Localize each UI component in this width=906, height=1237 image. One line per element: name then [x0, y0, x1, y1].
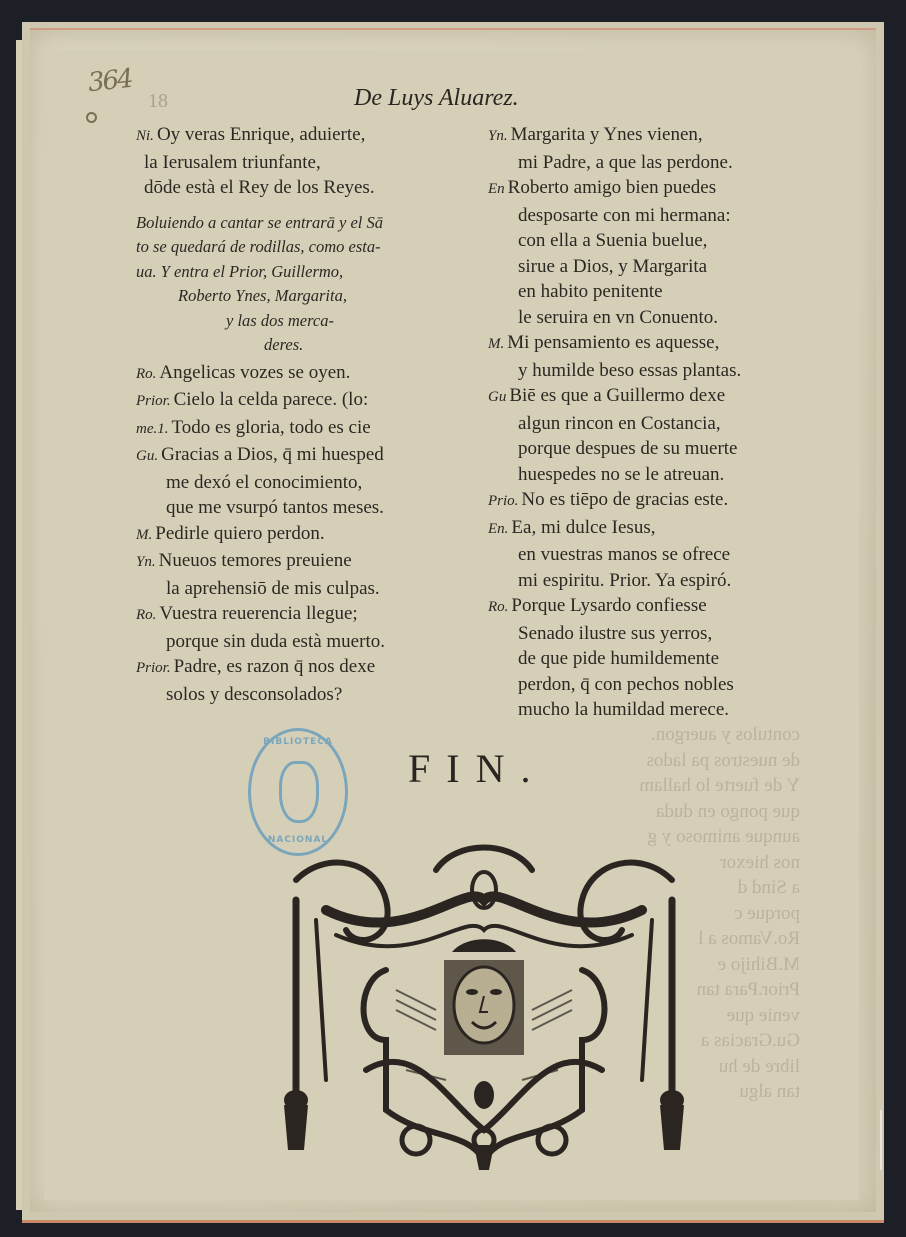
verse-line: la Ierusalem triunfante,	[136, 150, 486, 176]
verse-line: Prior.Cielo la celda parece. (lo:	[136, 387, 486, 415]
verse-text: y humilde beso essas plantas.	[518, 360, 741, 381]
ghost-page-number: 18	[148, 90, 168, 113]
verse-text: porque despues de su muerte	[518, 438, 738, 459]
speaker-label: Prior.	[136, 660, 171, 676]
verse-text: sirue a Dios, y Margarita	[518, 256, 707, 277]
stage-direction-line: deres.	[136, 333, 486, 358]
verse-text: Oy veras Enrique, aduierte,	[157, 124, 365, 145]
verse-line: mi Padre, a que las perdone.	[488, 150, 818, 176]
verse-text: Biē es que a Guillermo dexe	[509, 385, 725, 406]
speaker-label: me.1.	[136, 421, 169, 437]
stage-direction-line: Boluiendo a cantar se entrarā y el Sā	[136, 211, 486, 236]
library-stamp: BIBLIOTECA NACIONAL	[248, 728, 348, 856]
verse-line: M.Pedirle quiero perdon.	[136, 521, 486, 549]
verse-line: algun rincon en Costancia,	[488, 411, 818, 437]
verse-text: con ella a Suenia buelue,	[518, 230, 707, 251]
verse-text: Padre, es razon q̄ nos dexe	[174, 656, 376, 677]
verse-line: le seruira en vn Conuento.	[488, 305, 818, 331]
verse-line: Senado ilustre sus yerros,	[488, 621, 818, 647]
verse-line: con ella a Suenia buelue,	[488, 228, 818, 254]
verse-text: Vuestra reuerencia llegue;	[159, 603, 357, 624]
verse-line: GuBiē es que a Guillermo dexe	[488, 383, 818, 411]
verse-text: algun rincon en Costancia,	[518, 413, 721, 434]
speaker-label: Gu.	[136, 448, 158, 464]
verse-text: porque sin duda està muerto.	[166, 631, 385, 652]
speaker-label: Gu	[488, 389, 506, 405]
verse-text: Gracias a Dios, q̄ mi huesped	[161, 444, 384, 465]
verse-line: Gu.Gracias a Dios, q̄ mi huesped	[136, 442, 486, 470]
page-crease	[880, 1110, 882, 1170]
speaker-label: Yn.	[488, 128, 508, 144]
verse-line: en vuestras manos se ofrece	[488, 542, 818, 568]
verse-line: de que pide humildemente	[488, 646, 818, 672]
verse-line: y humilde beso essas plantas.	[488, 358, 818, 384]
verse-line: me dexó el conocimiento,	[136, 470, 486, 496]
stamp-top-text: BIBLIOTECA	[251, 737, 345, 747]
verse-text: mi Padre, a que las perdone.	[518, 152, 733, 173]
verse-line: perdon, q̄ con pechos nobles	[488, 672, 818, 698]
speaker-label: Ro.	[488, 599, 508, 615]
verse-line: M.Mi pensamiento es aquesse,	[488, 330, 818, 358]
verse-text: la aprehensiō de mis culpas.	[166, 578, 380, 599]
speaker-label: Prior.	[136, 393, 171, 409]
verse-text: Nueuos temores preuiene	[159, 550, 352, 571]
verse-text: Margarita y Ynes vienen,	[511, 124, 703, 145]
stage-direction-line: Roberto Ynes, Margarita,	[136, 284, 486, 309]
speaker-label: En.	[488, 521, 508, 537]
running-head: De Luys Aluarez.	[354, 85, 519, 112]
verse-line: Prior.Padre, es razon q̄ nos dexe	[136, 654, 486, 682]
stage-direction: Boluiendo a cantar se entrarā y el Sāto …	[136, 211, 486, 358]
speaker-label: En	[488, 181, 505, 197]
verse-text: No es tiēpo de gracias este.	[521, 489, 728, 510]
verse-line: me.1.Todo es gloria, todo es cie	[136, 415, 486, 443]
verse-line: porque sin duda està muerto.	[136, 629, 486, 655]
verse-text: la Ierusalem triunfante,	[144, 152, 321, 173]
verse-text: de que pide humildemente	[518, 648, 719, 669]
stage-direction-line: to se quedará de rodillas, como esta-	[136, 235, 486, 260]
verse-line: Yn.Nueuos temores preuiene	[136, 548, 486, 576]
speaker-label: Prio.	[488, 493, 518, 509]
verse-text: mucho la humildad merece.	[518, 699, 729, 720]
verse-line: que me vsurpó tantos meses.	[136, 495, 486, 521]
verse-line: Yn.Margarita y Ynes vienen,	[488, 122, 818, 150]
verse-text: Mi pensamiento es aquesse,	[507, 332, 719, 353]
stage-direction-line: ua. Y entra el Prior, Guillermo,	[136, 260, 486, 285]
verse-line: dōde està el Rey de los Reyes.	[136, 175, 486, 201]
coat-of-arms-icon	[279, 761, 319, 823]
verse-line: mi espiritu. Prior. Ya espiró.	[488, 568, 818, 594]
verse-line: EnRoberto amigo bien puedes	[488, 175, 818, 203]
speaker-label: M.	[488, 336, 504, 352]
verse-text: desposarte con mi hermana:	[518, 205, 731, 226]
verse-text: Pedirle quiero perdon.	[155, 523, 324, 544]
verse-text: en habito penitente	[518, 281, 663, 302]
verse-line: huespedes no se le atreuan.	[488, 462, 818, 488]
verse-text: perdon, q̄ con pechos nobles	[518, 674, 734, 695]
speaker-label: Ni.	[136, 128, 154, 144]
verse-text: mi espiritu. Prior. Ya espiró.	[518, 570, 731, 591]
verse-text: que me vsurpó tantos meses.	[166, 497, 384, 518]
verse-text: dōde està el Rey de los Reyes.	[144, 177, 375, 198]
verse-line: Ro.Vuestra reuerencia llegue;	[136, 601, 486, 629]
verse-line: mucho la humildad merece.	[488, 697, 818, 723]
verse-text: Porque Lysardo confiesse	[511, 595, 706, 616]
verse-line: Ni.Oy veras Enrique, aduierte,	[136, 122, 486, 150]
verse-line: la aprehensiō de mis culpas.	[136, 576, 486, 602]
verse-line: Ro.Porque Lysardo confiesse	[488, 593, 818, 621]
speaker-label: Yn.	[136, 554, 156, 570]
manuscript-page-number: 364	[87, 64, 134, 98]
speaker-label: M.	[136, 527, 152, 543]
verse-line: sirue a Dios, y Margarita	[488, 254, 818, 280]
verse-line: desposarte con mi hermana:	[488, 203, 818, 229]
speaker-label: Ro.	[136, 366, 156, 382]
verse-line: Ro.Angelicas vozes se oyen.	[136, 360, 486, 388]
verse-line: porque despues de su muerte	[488, 436, 818, 462]
right-column: Yn.Margarita y Ynes vienen,mi Padre, a q…	[488, 122, 818, 723]
speaker-label: Ro.	[136, 607, 156, 623]
stage-direction-line: y las dos merca-	[136, 309, 486, 334]
woodcut-ornament-icon	[266, 840, 702, 1170]
left-column: Ni.Oy veras Enrique, aduierte,la Ierusal…	[136, 122, 486, 707]
verse-line: solos y desconsolados?	[136, 682, 486, 708]
verse-text: Angelicas vozes se oyen.	[159, 362, 350, 383]
verse-text: Ea, mi dulce Iesus,	[511, 517, 655, 538]
verse-text: Roberto amigo bien puedes	[508, 177, 716, 198]
verse-line: en habito penitente	[488, 279, 818, 305]
verse-text: Cielo la celda parece. (lo:	[174, 389, 369, 410]
verse-line: En.Ea, mi dulce Iesus,	[488, 515, 818, 543]
verse-line: Prio.No es tiēpo de gracias este.	[488, 487, 818, 515]
verse-text: le seruira en vn Conuento.	[518, 307, 718, 328]
verse-text: en vuestras manos se ofrece	[518, 544, 730, 565]
verse-text: Senado ilustre sus yerros,	[518, 623, 712, 644]
verse-text: solos y desconsolados?	[166, 684, 342, 705]
fin-colophon: FIN.	[408, 745, 546, 792]
verse-text: huespedes no se le atreuan.	[518, 464, 724, 485]
ring-mark	[86, 112, 97, 123]
verse-text: me dexó el conocimiento,	[166, 472, 362, 493]
verse-text: Todo es gloria, todo es cie	[172, 417, 371, 438]
